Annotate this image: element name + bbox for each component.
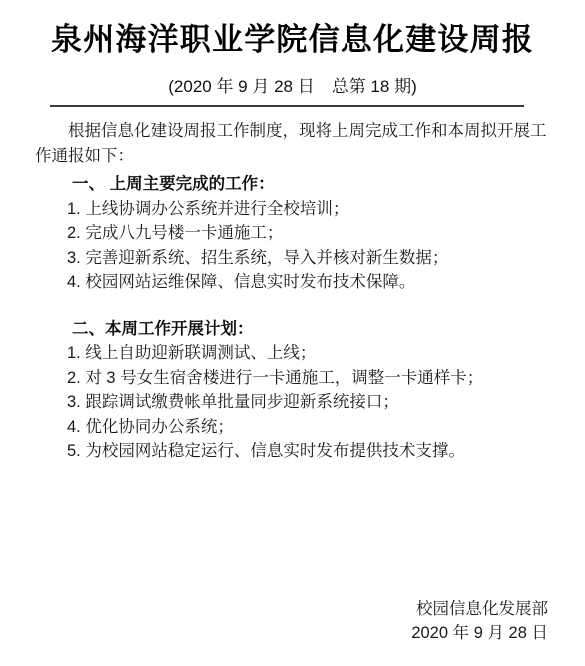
list-item: 1. 上线协调办公系统并进行全校培训； <box>67 197 560 222</box>
report-issue-line: (2020 年 9 月 28 日 总第 18 期) <box>0 76 585 97</box>
report-body: 根据信息化建设周报工作制度，现将上周完成工作和本周拟开展工作通报如下： 一、 上… <box>35 119 560 464</box>
section-last-week-heading: 一、 上周主要完成的工作： <box>72 172 560 197</box>
list-item: 5. 为校园网站稳定运行、信息实时发布提供技术支撑。 <box>67 439 560 464</box>
section-this-week-heading: 二、本周工作开展计划： <box>72 317 560 342</box>
intro-paragraph: 根据信息化建设周报工作制度，现将上周完成工作和本周拟开展工作通报如下： <box>35 119 559 168</box>
section-last-week: 一、 上周主要完成的工作： 1. 上线协调办公系统并进行全校培训； 2. 完成八… <box>35 172 560 295</box>
list-item: 2. 对 3 号女生宿舍楼进行一卡通施工，调整一卡通样卡； <box>67 366 560 391</box>
weekly-report-page: 泉州海洋职业学院信息化建设周报 (2020 年 9 月 28 日 总第 18 期… <box>0 0 585 666</box>
list-item: 4. 优化协同办公系统； <box>67 415 560 440</box>
list-item: 1. 线上自助迎新联调测试、上线； <box>67 341 560 366</box>
list-item: 2. 完成八九号楼一卡通施工； <box>67 221 560 246</box>
list-item: 4. 校园网站运维保障、信息实时发布技术保障。 <box>67 270 560 295</box>
section-this-week: 二、本周工作开展计划： 1. 线上自助迎新联调测试、上线； 2. 对 3 号女生… <box>35 317 560 464</box>
signature-block: 校园信息化发展部 2020 年 9 月 28 日 <box>0 597 548 646</box>
report-title: 泉州海洋职业学院信息化建设周报 <box>0 20 585 60</box>
list-item: 3. 跟踪调试缴费帐单批量同步迎新系统接口； <box>67 390 560 415</box>
list-item: 3. 完善迎新系统、招生系统，导入并核对新生数据； <box>67 246 560 271</box>
signature-department: 校园信息化发展部 <box>0 597 548 622</box>
signature-date: 2020 年 9 月 28 日 <box>0 621 548 646</box>
header-divider <box>50 105 524 107</box>
